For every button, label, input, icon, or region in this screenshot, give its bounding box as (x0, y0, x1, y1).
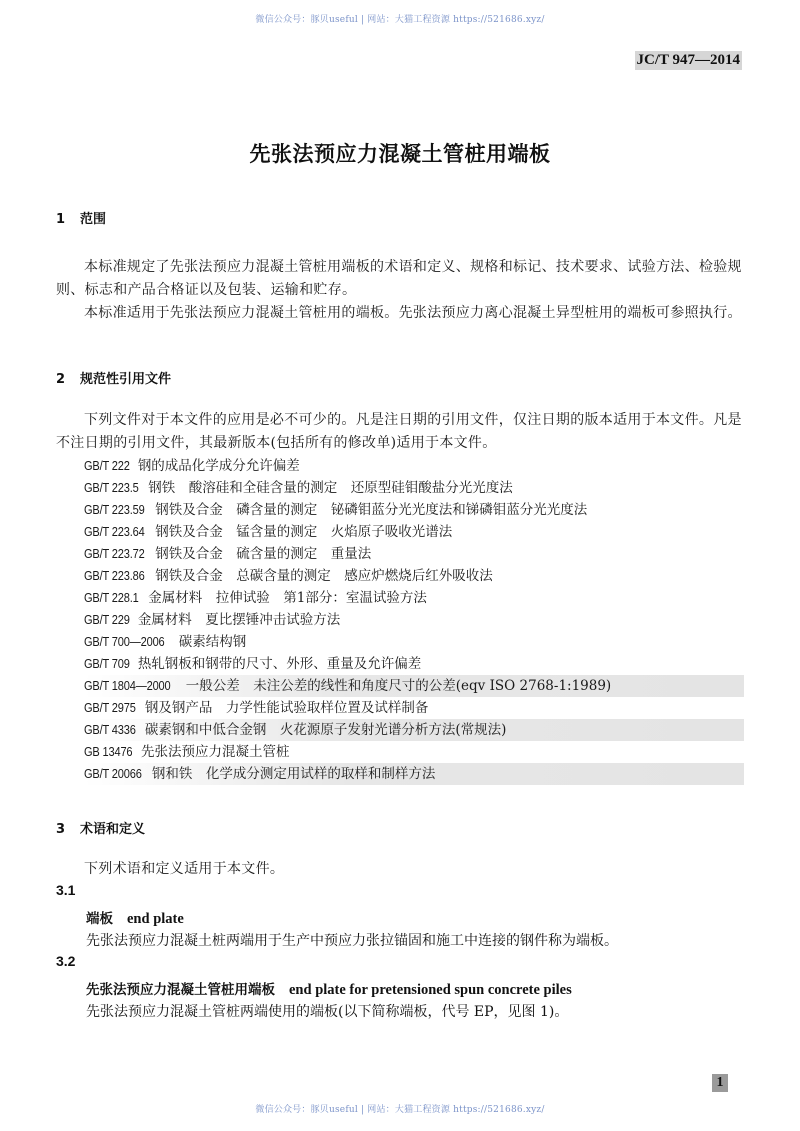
reference-title: 钢的成品化学成分允许偏差 (138, 455, 300, 477)
term-definition: 先张法预应力混凝土桩两端用于生产中预应力张拉锚固和施工中连接的钢件称为端板。 (86, 930, 618, 950)
reference-title: 一般公差 未注公差的线性和角度尺寸的公差(eqv ISO 2768-1:1989… (186, 675, 611, 697)
section-2-heading: 2规范性引用文件 (56, 368, 171, 387)
term-chinese: 先张法预应力混凝土管桩用端板 (86, 982, 275, 998)
reference-code: GB/T 223.64 (84, 521, 145, 543)
term-heading: 先张法预应力混凝土管桩用端板end plate for pretensioned… (86, 978, 572, 999)
references-intro-paragraph: 下列文件对于本文件的应用是必不可少的。凡是注日期的引用文件，仅注日期的版本适用于… (56, 409, 746, 455)
reference-code: GB/T 223.72 (84, 543, 145, 565)
reference-item: GB/T 229金属材料 夏比摆锤冲击试验方法 (84, 609, 744, 631)
normative-references-list: GB/T 222钢的成品化学成分允许偏差 GB/T 223.5钢铁 酸溶硅和全硅… (84, 455, 744, 785)
reference-item: GB 13476先张法预应力混凝土管桩 (84, 741, 744, 763)
section-title: 范围 (80, 212, 106, 227)
reference-title: 热轧钢板和钢带的尺寸、外形、重量及允许偏差 (138, 653, 422, 675)
terms-intro-paragraph: 下列术语和定义适用于本文件。 (56, 858, 746, 881)
reference-code: GB/T 223.86 (84, 565, 145, 587)
watermark-top: 微信公众号：豚贝useful | 网站：大猫工程资源 https://52168… (0, 12, 800, 25)
reference-code: GB/T 222 (84, 455, 130, 477)
reference-title: 钢铁 酸溶硅和全硅含量的测定 还原型硅钼酸盐分光光度法 (148, 477, 513, 499)
reference-title: 金属材料 拉伸试验 第1部分：室温试验方法 (148, 587, 427, 609)
scope-paragraph-2: 本标准适用于先张法预应力混凝土管桩用的端板。先张法预应力离心混凝土异型桩用的端板… (56, 302, 746, 325)
reference-code: GB/T 229 (84, 609, 130, 631)
reference-item: GB/T 222钢的成品化学成分允许偏差 (84, 455, 744, 477)
reference-title: 碳素结构钢 (179, 631, 247, 653)
reference-title: 金属材料 夏比摆锤冲击试验方法 (138, 609, 341, 631)
reference-code: GB/T 1804—2000 (84, 675, 171, 697)
reference-item: GB/T 20066钢和铁 化学成分测定用试样的取样和制样方法 (84, 763, 744, 785)
section-title: 术语和定义 (80, 822, 145, 837)
reference-title: 钢铁及合金 总碳含量的测定 感应炉燃烧后红外吸收法 (155, 565, 493, 587)
reference-title: 碳素钢和中低合金钢 火花源原子发射光谱分析方法(常规法) (145, 719, 507, 741)
reference-item: GB/T 223.59钢铁及合金 磷含量的测定 铋磷钼蓝分光光度法和锑磷钼蓝分光… (84, 499, 744, 521)
page-number: 1 (712, 1074, 728, 1092)
section-3-heading: 3术语和定义 (56, 818, 145, 837)
reference-item: GB/T 223.5钢铁 酸溶硅和全硅含量的测定 还原型硅钼酸盐分光光度法 (84, 477, 744, 499)
reference-code: GB/T 2975 (84, 697, 136, 719)
scope-paragraph-1: 本标准规定了先张法预应力混凝土管桩用端板的术语和定义、规格和标记、技术要求、试验… (56, 256, 746, 302)
reference-code: GB/T 223.59 (84, 499, 145, 521)
reference-code: GB/T 223.5 (84, 477, 139, 499)
reference-title: 钢和铁 化学成分测定用试样的取样和制样方法 (152, 763, 436, 785)
reference-item: GB/T 1804—2000一般公差 未注公差的线性和角度尺寸的公差(eqv I… (84, 675, 744, 697)
reference-item: GB/T 709热轧钢板和钢带的尺寸、外形、重量及允许偏差 (84, 653, 744, 675)
reference-title: 钢及钢产品 力学性能试验取样位置及试样制备 (145, 697, 429, 719)
section-number: 3 (56, 822, 80, 837)
standard-code: JC/T 947—2014 (635, 51, 742, 70)
term-english: end plate (127, 911, 184, 927)
clause-number: 3.2 (56, 953, 75, 969)
section-number: 2 (56, 372, 80, 387)
reference-code: GB/T 4336 (84, 719, 136, 741)
reference-item: GB/T 700—2006碳素结构钢 (84, 631, 744, 653)
section-title: 规范性引用文件 (80, 372, 171, 387)
reference-item: GB/T 4336碳素钢和中低合金钢 火花源原子发射光谱分析方法(常规法) (84, 719, 744, 741)
reference-code: GB/T 20066 (84, 763, 142, 785)
watermark-bottom: 微信公众号：豚贝useful | 网站：大猫工程资源 https://52168… (0, 1102, 800, 1115)
reference-title: 钢铁及合金 硫含量的测定 重量法 (155, 543, 371, 565)
reference-code: GB/T 700—2006 (84, 631, 165, 653)
section-number: 1 (56, 212, 80, 227)
section-1-heading: 1范围 (56, 208, 106, 227)
reference-item: GB/T 223.72钢铁及合金 硫含量的测定 重量法 (84, 543, 744, 565)
reference-title: 钢铁及合金 锰含量的测定 火焰原子吸收光谱法 (155, 521, 452, 543)
reference-code: GB/T 228.1 (84, 587, 139, 609)
reference-title: 钢铁及合金 磷含量的测定 铋磷钼蓝分光光度法和锑磷钼蓝分光光度法 (155, 499, 587, 521)
reference-item: GB/T 2975钢及钢产品 力学性能试验取样位置及试样制备 (84, 697, 744, 719)
clause-number: 3.1 (56, 882, 75, 898)
term-definition: 先张法预应力混凝土管桩两端使用的端板(以下简称端板，代号 EP，见图 1)。 (86, 1001, 568, 1021)
term-chinese: 端板 (86, 911, 113, 927)
reference-title: 先张法预应力混凝土管桩 (141, 741, 290, 763)
term-heading: 端板end plate (86, 907, 184, 928)
reference-item: GB/T 223.86钢铁及合金 总碳含量的测定 感应炉燃烧后红外吸收法 (84, 565, 744, 587)
document-title: 先张法预应力混凝土管桩用端板 (0, 138, 800, 168)
reference-item: GB/T 223.64钢铁及合金 锰含量的测定 火焰原子吸收光谱法 (84, 521, 744, 543)
reference-code: GB 13476 (84, 741, 132, 763)
reference-item: GB/T 228.1金属材料 拉伸试验 第1部分：室温试验方法 (84, 587, 744, 609)
reference-code: GB/T 709 (84, 653, 130, 675)
term-english: end plate for pretensioned spun concrete… (289, 982, 572, 998)
